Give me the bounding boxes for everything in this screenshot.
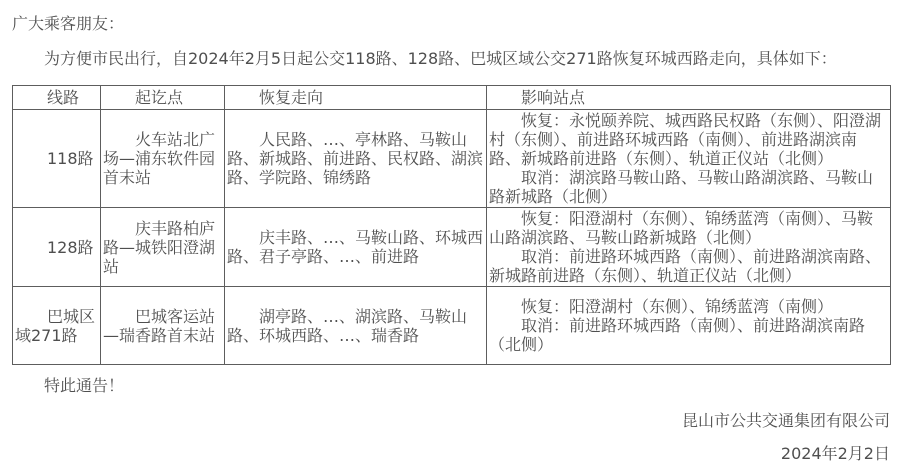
route-table: 线路 起讫点 恢复走向 影响站点 118路 火车站北广场—浦东软件园首末站 人民… [12, 85, 891, 365]
cell-restored-route: 湖亭路、…、湖滨路、马鞍山路、环城西路、…、瑞香路 [225, 287, 487, 365]
cell-endpoints: 巴城客运站—瑞香路首末站 [101, 287, 225, 365]
cell-endpoints: 火车站北广场—浦东软件园首末站 [101, 110, 225, 208]
cell-route: 118路 [13, 110, 101, 208]
affected-restored-text: 恢复：阳澄湖村（东侧）、锦绣蓝湾（南侧）、马鞍山路湖滨路、马鞍山路新城路（北侧） [489, 209, 888, 247]
intro-paragraph: 为方便市民出行，自2024年2月5日起公交118路、128路、巴城区域公交271… [12, 48, 890, 70]
cell-route: 巴城区域271路 [13, 287, 101, 365]
column-header-restored-route: 恢复走向 [225, 86, 487, 110]
greeting: 广大乘客朋友： [12, 10, 890, 35]
affected-restored-text: 恢复：永悦颐养院、城西路民权路（东侧）、阳澄湖村（东侧）、前进路环城西路（南侧）… [489, 111, 888, 168]
cell-affected-stops: 恢复：阳澄湖村（东侧）、锦绣蓝湾（南侧）、马鞍山路湖滨路、马鞍山路新城路（北侧）… [487, 208, 891, 287]
signature: 昆山市公共交通集团有限公司 [12, 410, 890, 432]
affected-restored-text: 恢复：阳澄湖村（东侧）、锦绣蓝湾（南侧） [489, 297, 888, 316]
column-header-endpoints: 起讫点 [101, 86, 225, 110]
table-header-row: 线路 起讫点 恢复走向 影响站点 [13, 86, 891, 110]
cell-endpoints: 庆丰路柏庐路—城铁阳澄湖站 [101, 208, 225, 287]
cell-restored-route: 人民路、…、亭林路、马鞍山路、新城路、前进路、民权路、湖滨路、学院路、锦绣路 [225, 110, 487, 208]
column-header-route: 线路 [13, 86, 101, 110]
closing: 特此通告！ [12, 375, 890, 397]
date: 2024年2月2日 [12, 443, 890, 465]
cell-affected-stops: 恢复：永悦颐养院、城西路民权路（东侧）、阳澄湖村（东侧）、前进路环城西路（南侧）… [487, 110, 891, 208]
cell-restored-route: 庆丰路、…、马鞍山路、环城西路、君子亭路、…、前进路 [225, 208, 487, 287]
table-row-271: 巴城区域271路 巴城客运站—瑞香路首末站 湖亭路、…、湖滨路、马鞍山路、环城西… [13, 287, 891, 365]
table-row-118: 118路 火车站北广场—浦东软件园首末站 人民路、…、亭林路、马鞍山路、新城路、… [13, 110, 891, 208]
affected-cancelled-text: 取消：湖滨路马鞍山路、马鞍山路湖滨路、马鞍山路新城路（北侧） [489, 168, 888, 206]
affected-cancelled-text: 取消：前进路环城西路（南侧）、前进路湖滨南路、新城路前进路（东侧）、轨道正仪站（… [489, 247, 888, 285]
affected-cancelled-text: 取消：前进路环城西路（南侧）、前进路湖滨南路（北侧） [489, 316, 888, 354]
table-row-128: 128路 庆丰路柏庐路—城铁阳澄湖站 庆丰路、…、马鞍山路、环城西路、君子亭路、… [13, 208, 891, 287]
cell-affected-stops: 恢复：阳澄湖村（东侧）、锦绣蓝湾（南侧） 取消：前进路环城西路（南侧）、前进路湖… [487, 287, 891, 365]
notice-document: 广大乘客朋友： 为方便市民出行，自2024年2月5日起公交118路、128路、巴… [0, 0, 898, 465]
cell-route: 128路 [13, 208, 101, 287]
column-header-affected-stops: 影响站点 [487, 86, 891, 110]
